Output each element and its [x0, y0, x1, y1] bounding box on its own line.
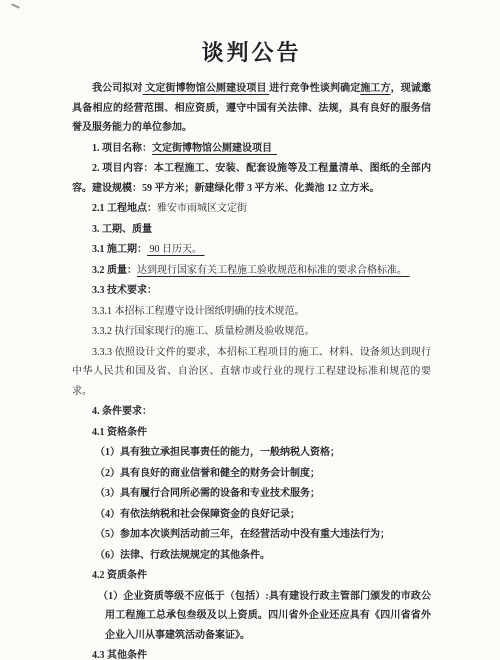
item-project-name: 1. 项目名称：文定街博物馆公厕建设项目: [72, 139, 431, 159]
heading-technical-requirements: 3.3 技术要求：: [72, 281, 431, 301]
qualification-item-3: （3）具有履行合同所必需的设备和专业技术服务；: [72, 484, 431, 504]
tech-requirement-2: 3.3.2 执行国家现行的施工、质量检测及验收规范。: [72, 322, 431, 342]
heading-other-conditions: 4.3 其他条件: [72, 646, 431, 660]
item-location: 2.1 工程地点：雅安市雨城区文定街: [72, 199, 431, 219]
scanned-document-page: 谈判公告 我公司拟对 文定街博物馆公厕建设项目 进行竞争性谈判确定施工方，现诚邀…: [0, 0, 500, 660]
scan-artifact-mark: [11, 3, 20, 8]
item-construction-period-label: 3.1 施工期：: [92, 244, 147, 255]
qualification-item-5: （5）参加本次谈判活动前三年，在经营活动中没有重大违法行为；: [72, 525, 431, 545]
qualification-item-2: （2）具有良好的商业信誉和健全的财务会计制度；: [72, 464, 431, 484]
item-project-content: 2. 项目内容：本工程施工、安装、配套设施等及工程量清单、图纸的全部内容。建设规…: [72, 159, 431, 198]
intro-middle: 进行竞争性谈判确定: [269, 83, 360, 94]
intro-paragraph: 我公司拟对 文定街博物馆公厕建设项目 进行竞争性谈判确定施工方，现诚邀具备相应的…: [72, 79, 431, 138]
qualification-item-1: （1）具有独立承担民事责任的能力，一般纳税人资格；: [72, 443, 431, 463]
heading-qualification-conditions: 4.1 资格条件: [72, 423, 431, 443]
item-project-name-value-underlined: 文定街博物馆公厕建设项目: [152, 143, 277, 154]
intro-project-name-underlined: 文定街博物馆公厕建设项目: [143, 83, 270, 94]
tech-requirement-1: 3.3.1 本招标工程遵守设计图纸明确的技术规范。: [72, 302, 431, 322]
item-quality-value-underlined: 达到现行国家有关工程施工验收规范和标准的要求合格标准。: [137, 265, 410, 276]
intro-contractor-underlined: 施工方: [360, 83, 390, 94]
credential-item-1: （1）企业资质等级不应低于（包括）:具有建设行政主管部门颁发的市政公用工程施工总…: [72, 587, 431, 646]
item-location-label: 2.1 工程地点：: [92, 203, 157, 214]
item-location-value: 雅安市雨城区文定街: [157, 203, 247, 214]
item-construction-period: 3.1 施工期： 90 日历天。: [72, 240, 431, 260]
qualification-item-4: （4）有依法纳税和社会保障资金的良好记录；: [72, 505, 431, 525]
qualification-item-6: （6）法律、行政法规规定的其他条件。: [72, 546, 431, 566]
heading-schedule-quality: 3. 工期、质量: [72, 220, 431, 240]
item-quality-label: 3.2 质量：: [92, 265, 137, 276]
item-project-content-label: 2. 项目内容：: [92, 163, 154, 174]
item-project-name-label: 1. 项目名称：: [92, 143, 152, 154]
document-title: 谈判公告: [72, 40, 431, 66]
heading-credential-conditions: 4.2 资质条件: [72, 566, 431, 586]
item-quality: 3.2 质量：达到现行国家有关工程施工验收规范和标准的要求合格标准。: [72, 261, 431, 281]
intro-lead: 我公司拟对: [92, 83, 143, 94]
tech-requirement-3: 3.3.3 依照设计文件的要求，本招标工程项目的施工、材料、设备须达到现行中华人…: [72, 343, 431, 402]
item-construction-period-value-underlined: 90 日历天。: [147, 244, 205, 255]
heading-conditions: 4. 条件要求：: [72, 402, 431, 422]
